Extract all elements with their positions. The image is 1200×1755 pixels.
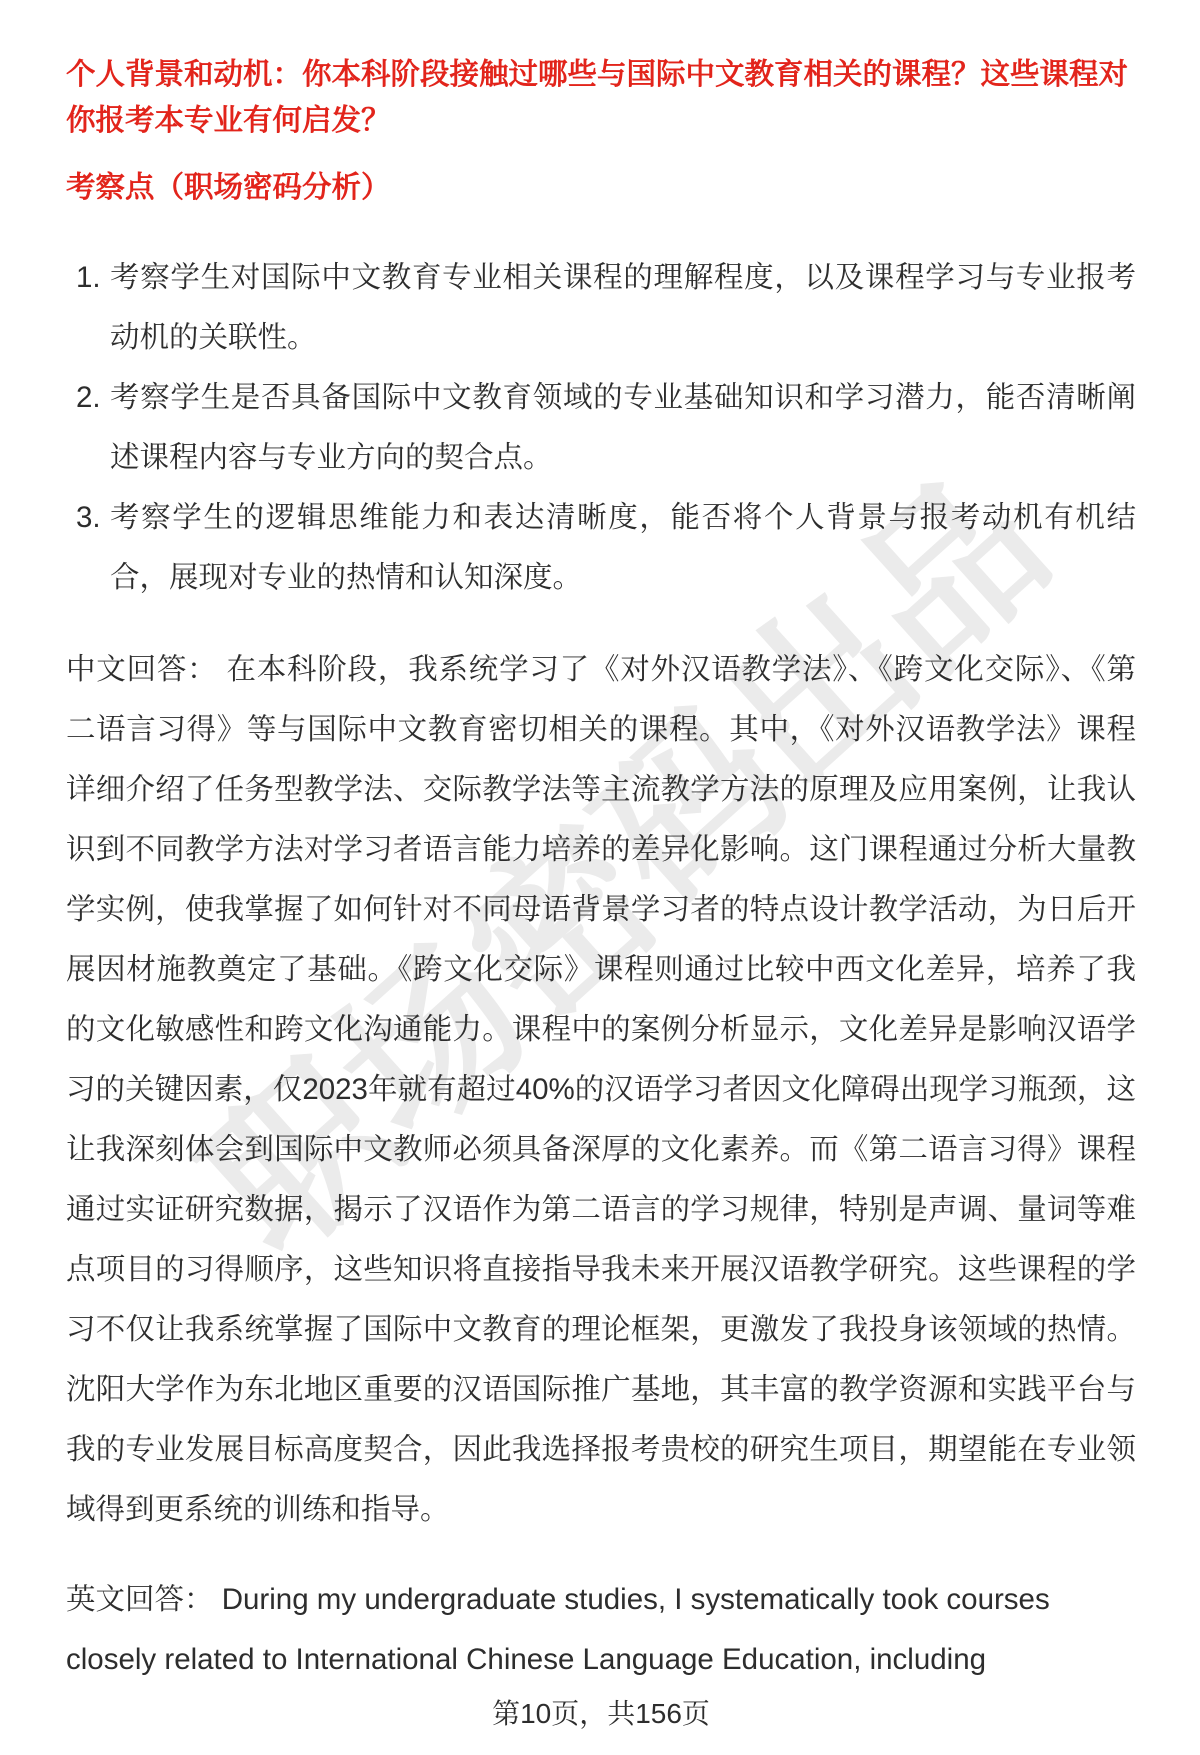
- english-answer-paragraph: 英文回答： During my undergraduate studies, I…: [66, 1570, 1136, 1690]
- exam-points-heading: 考察点（职场密码分析）: [66, 168, 1136, 208]
- chinese-answer-paragraph: 中文回答： 在本科阶段，我系统学习了《对外汉语教学法》、《跨文化交际》、《第二语…: [66, 640, 1136, 1540]
- page-footer: 第10页，共156页: [66, 1694, 1136, 1734]
- list-item-text: 考察学生对国际中文教育专业相关课程的理解程度，以及课程学习与专业报考动机的关联性…: [110, 248, 1136, 368]
- document-page: 个人背景和动机：你本科阶段接触过哪些与国际中文教育相关的课程？这些课程对你报考本…: [0, 0, 1200, 1734]
- exam-point-item: 3. 考察学生的逻辑思维能力和表达清晰度，能否将个人背景与报考动机有机结合，展现…: [66, 488, 1136, 608]
- list-number: 2.: [66, 368, 110, 428]
- exam-points-list: 1. 考察学生对国际中文教育专业相关课程的理解程度，以及课程学习与专业报考动机的…: [66, 248, 1136, 608]
- list-number: 1.: [66, 248, 110, 308]
- list-item-text: 考察学生的逻辑思维能力和表达清晰度，能否将个人背景与报考动机有机结合，展现对专业…: [110, 488, 1136, 608]
- list-number: 3.: [66, 488, 110, 548]
- exam-point-item: 1. 考察学生对国际中文教育专业相关课程的理解程度，以及课程学习与专业报考动机的…: [66, 248, 1136, 368]
- exam-point-item: 2. 考察学生是否具备国际中文教育领域的专业基础知识和学习潜力，能否清晰阐述课程…: [66, 368, 1136, 488]
- list-item-text: 考察学生是否具备国际中文教育领域的专业基础知识和学习潜力，能否清晰阐述课程内容与…: [110, 368, 1136, 488]
- question-heading: 个人背景和动机：你本科阶段接触过哪些与国际中文教育相关的课程？这些课程对你报考本…: [66, 52, 1136, 144]
